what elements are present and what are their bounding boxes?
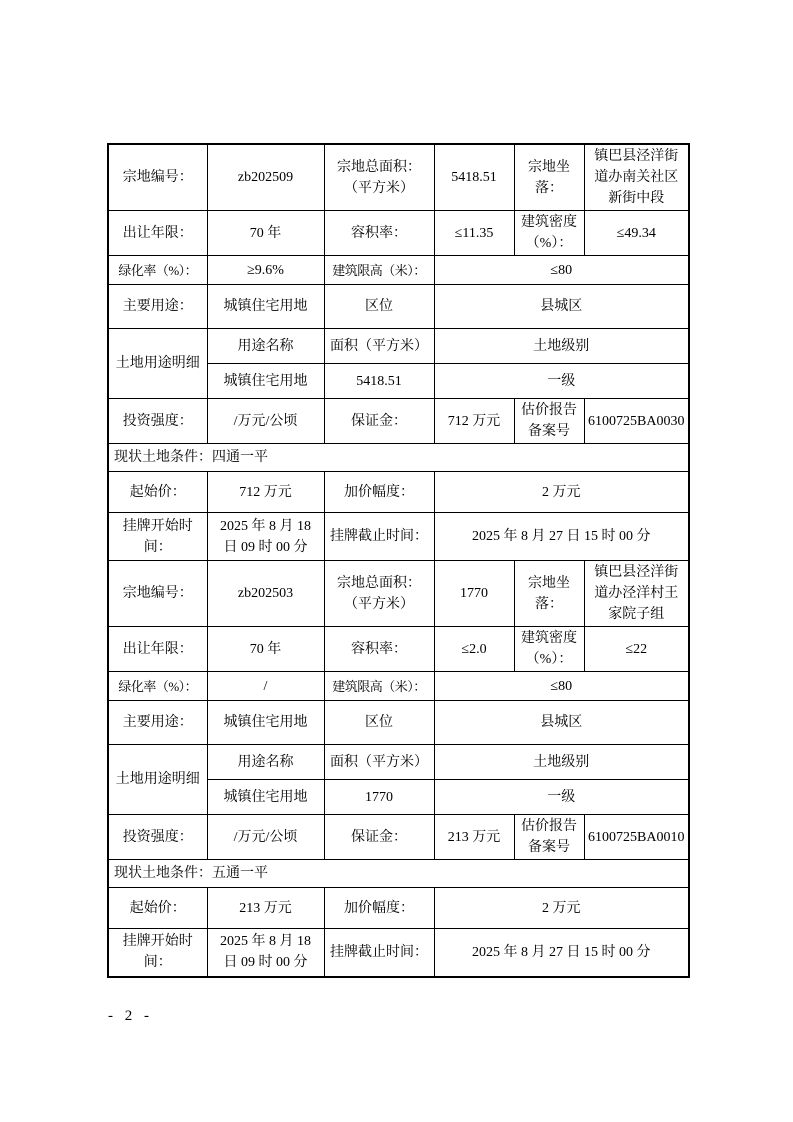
label-location-text: 宗地坐落： [525,157,573,199]
value-parcel-id: zb202503 [207,561,324,627]
label-listing-start: 挂牌开始时间： [108,929,207,977]
value-listing-start: 2025 年 8 月 18 日 09 时 00 分 [207,929,324,977]
label-building-density: 建筑密度（%）： [514,627,584,672]
value-tenure: 70 年 [207,211,324,256]
label-listing-start: 挂牌开始时间： [108,513,207,561]
label-location-text: 宗地坐落： [525,573,573,615]
value-greening-rate: ≥9.6% [207,256,324,285]
label-increment: 加价幅度： [324,888,434,929]
label-listing-end: 挂牌截止时间： [324,929,434,977]
value-appraisal-no: 6100725BA0030 [584,399,689,444]
value-detail-grade: 一级 [434,780,689,815]
value-current-condition: 五通一平 [212,866,268,881]
label-land-grade: 土地级别 [434,745,689,780]
label-district: 区位 [324,701,434,745]
value-listing-start-text: 2025 年 8 月 18 日 09 时 00 分 [216,516,316,558]
value-deposit: 712 万元 [434,399,514,444]
label-greening-rate: 绿化率（%）： [108,256,207,285]
label-total-area-text: 宗地总面积：（平方米） [336,573,422,615]
label-land-use-detail: 土地用途明细 [108,745,207,815]
label-land-grade: 土地级别 [434,329,689,364]
label-investment: 投资强度： [108,815,207,860]
label-total-area: 宗地总面积：（平方米） [324,561,434,627]
row-use-detail-header: 土地用途明细 用途名称 面积（平方米） 土地级别 [108,745,689,780]
value-total-area: 5418.51 [434,144,514,211]
value-plot-ratio: ≤2.0 [434,627,514,672]
label-building-density: 建筑密度（%）： [514,211,584,256]
value-appraisal-no: 6100725BA0010 [584,815,689,860]
row-greening: 绿化率（%）： ≥9.6% 建筑限高（米）： ≤80 [108,256,689,285]
value-location: 镇巴县泾洋街道办泾洋村王家院子组 [584,561,689,627]
value-starting-price: 213 万元 [207,888,324,929]
value-detail-use-name: 城镇住宅用地 [207,364,324,399]
label-district: 区位 [324,285,434,329]
label-total-area-text: 宗地总面积：（平方米） [336,157,422,199]
label-listing-start-text: 挂牌开始时间： [120,931,196,973]
document-page: 宗地编号： zb202509 宗地总面积：（平方米） 5418.51 宗地坐落：… [0,0,793,1122]
value-main-use: 城镇住宅用地 [207,285,324,329]
label-land-use-detail: 土地用途明细 [108,329,207,399]
row-condition: 现状土地条件：五通一平 [108,860,689,888]
value-listing-end: 2025 年 8 月 27 日 15 时 00 分 [434,929,689,977]
label-plot-ratio: 容积率： [324,627,434,672]
value-main-use: 城镇住宅用地 [207,701,324,745]
label-location: 宗地坐落： [514,561,584,627]
value-building-density: ≤22 [584,627,689,672]
label-location: 宗地坐落： [514,144,584,211]
current-condition-cell: 现状土地条件：五通一平 [108,860,689,888]
label-appraisal-no: 估价报告备案号 [514,399,584,444]
label-listing-start-text: 挂牌开始时间： [120,516,196,558]
value-plot-ratio: ≤11.35 [434,211,514,256]
value-increment: 2 万元 [434,888,689,929]
row-tenure: 出让年限： 70 年 容积率： ≤2.0 建筑密度（%）： ≤22 [108,627,689,672]
label-tenure: 出让年限： [108,627,207,672]
value-current-condition: 四通一平 [212,450,268,465]
row-use-detail-header: 土地用途明细 用途名称 面积（平方米） 土地级别 [108,329,689,364]
value-listing-start: 2025 年 8 月 18 日 09 时 00 分 [207,513,324,561]
value-height-limit: ≤80 [434,256,689,285]
label-height-limit: 建筑限高（米）： [324,256,434,285]
value-listing-start-text: 2025 年 8 月 18 日 09 时 00 分 [216,931,316,973]
label-use-name: 用途名称 [207,329,324,364]
row-parcel-number: 宗地编号： zb202509 宗地总面积：（平方米） 5418.51 宗地坐落：… [108,144,689,211]
value-total-area: 1770 [434,561,514,627]
value-starting-price: 712 万元 [207,472,324,513]
label-appraisal-no: 估价报告备案号 [514,815,584,860]
row-main-use: 主要用途： 城镇住宅用地 区位 县城区 [108,285,689,329]
value-tenure: 70 年 [207,627,324,672]
label-use-name: 用途名称 [207,745,324,780]
row-tenure: 出让年限： 70 年 容积率： ≤11.35 建筑密度（%）： ≤49.34 [108,211,689,256]
parcel-section-2: 宗地编号： zb202503 宗地总面积：（平方米） 1770 宗地坐落： 镇巴… [108,561,689,977]
row-starting-price: 起始价： 213 万元 加价幅度： 2 万元 [108,888,689,929]
page-number: - 2 - [108,1008,153,1025]
label-main-use: 主要用途： [108,701,207,745]
row-investment: 投资强度： /万元/公顷 保证金： 213 万元 估价报告备案号 6100725… [108,815,689,860]
label-current-condition: 现状土地条件： [114,450,212,465]
value-building-density: ≤49.34 [584,211,689,256]
value-detail-grade: 一级 [434,364,689,399]
label-area-sqm: 面积（平方米） [324,329,434,364]
label-starting-price: 起始价： [108,888,207,929]
value-district: 县城区 [434,701,689,745]
current-condition-cell: 现状土地条件：四通一平 [108,444,689,472]
row-main-use: 主要用途： 城镇住宅用地 区位 县城区 [108,701,689,745]
row-greening: 绿化率（%）： / 建筑限高（米）： ≤80 [108,672,689,701]
row-parcel-number: 宗地编号： zb202503 宗地总面积：（平方米） 1770 宗地坐落： 镇巴… [108,561,689,627]
value-district: 县城区 [434,285,689,329]
land-parcel-table: 宗地编号： zb202509 宗地总面积：（平方米） 5418.51 宗地坐落：… [107,143,690,978]
value-deposit: 213 万元 [434,815,514,860]
label-main-use: 主要用途： [108,285,207,329]
label-parcel-number: 宗地编号： [108,561,207,627]
row-starting-price: 起始价： 712 万元 加价幅度： 2 万元 [108,472,689,513]
label-tenure: 出让年限： [108,211,207,256]
row-investment: 投资强度： /万元/公顷 保证金： 712 万元 估价报告备案号 6100725… [108,399,689,444]
row-listing-time: 挂牌开始时间： 2025 年 8 月 18 日 09 时 00 分 挂牌截止时间… [108,513,689,561]
label-investment: 投资强度： [108,399,207,444]
label-greening-rate: 绿化率（%）： [108,672,207,701]
value-parcel-id: zb202509 [207,144,324,211]
label-deposit: 保证金： [324,399,434,444]
value-investment: /万元/公顷 [207,399,324,444]
value-increment: 2 万元 [434,472,689,513]
label-total-area: 宗地总面积：（平方米） [324,144,434,211]
value-height-limit: ≤80 [434,672,689,701]
label-parcel-number: 宗地编号： [108,144,207,211]
value-greening-rate: / [207,672,324,701]
label-height-limit: 建筑限高（米）： [324,672,434,701]
parcel-section-1: 宗地编号： zb202509 宗地总面积：（平方米） 5418.51 宗地坐落：… [108,144,689,561]
value-detail-area: 1770 [324,780,434,815]
value-investment: /万元/公顷 [207,815,324,860]
label-listing-end: 挂牌截止时间： [324,513,434,561]
label-area-sqm: 面积（平方米） [324,745,434,780]
value-detail-area: 5418.51 [324,364,434,399]
label-deposit: 保证金： [324,815,434,860]
label-plot-ratio: 容积率： [324,211,434,256]
label-starting-price: 起始价： [108,472,207,513]
label-current-condition: 现状土地条件： [114,866,212,881]
row-condition: 现状土地条件：四通一平 [108,444,689,472]
value-detail-use-name: 城镇住宅用地 [207,780,324,815]
row-listing-time: 挂牌开始时间： 2025 年 8 月 18 日 09 时 00 分 挂牌截止时间… [108,929,689,977]
value-location: 镇巴县泾洋街道办南关社区新街中段 [584,144,689,211]
value-listing-end: 2025 年 8 月 27 日 15 时 00 分 [434,513,689,561]
label-increment: 加价幅度： [324,472,434,513]
